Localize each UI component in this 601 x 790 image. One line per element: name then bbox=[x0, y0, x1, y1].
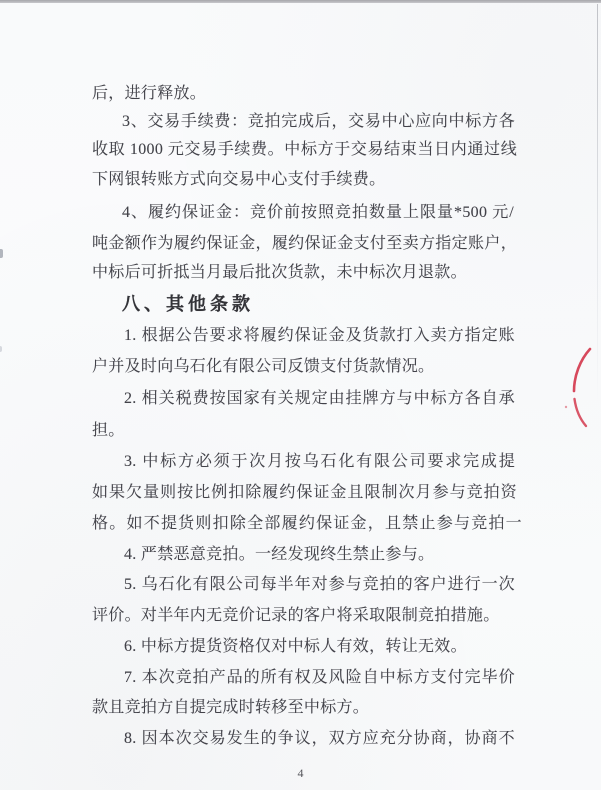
document-line: 8. 因本次交易发生的争议，双方应充分协商，协商不成 bbox=[124, 727, 515, 751]
scan-edge-artifact-right bbox=[597, 4, 598, 404]
document-line: 7. 本次竞拍产品的所有权及风险自中标方支付完毕价 bbox=[124, 666, 515, 690]
document-line: 收取 1000 元交易手续费。中标方于交易结束当日内通过线 bbox=[92, 138, 517, 162]
document-line: 6. 中标方提货资格仅对中标人有效，转让无效。 bbox=[124, 635, 467, 659]
document-line: 4. 严禁恶意竞拍。一经发现终生禁止参与。 bbox=[124, 543, 434, 567]
page-number: 4 bbox=[0, 766, 601, 781]
document-line: 如果欠量则按比例扣除履约保证金且限制次月参与竞拍资 bbox=[92, 481, 517, 505]
document-line: 2. 相关税费按国家有关规定由挂牌方与中标方各自承 bbox=[124, 387, 515, 411]
document-line: 款且竞拍方自提完成时转移至中标方。 bbox=[92, 696, 369, 720]
document-line: 后，进行释放。 bbox=[92, 82, 206, 106]
scan-speck bbox=[0, 249, 3, 258]
document-line: 5. 乌石化有限公司每半年对参与竞拍的客户进行一次 bbox=[124, 573, 515, 597]
document-line: 1. 根据公告要求将履约保证金及货款打入卖方指定账 bbox=[124, 324, 515, 348]
document-line: 下网银转账方式向交易中心支付手续费。 bbox=[92, 168, 385, 192]
document-line: 户并及时向乌石化有限公司反馈支付货款情况。 bbox=[92, 355, 434, 379]
document-line: 4、履约保证金：竞价前按照竞拍数量上限量*500 元/ bbox=[122, 201, 514, 225]
section-heading: 八、其他条款 bbox=[122, 292, 254, 316]
scan-speck bbox=[0, 346, 2, 352]
document-line: 评价。对半年内无竞价记录的客户将采取限制竞拍措施。 bbox=[92, 604, 500, 628]
document-line: 中标后可折抵当月最后批次货款，未中标次月退款。 bbox=[92, 261, 467, 285]
document-line: 3. 中标方必须于次月按乌石化有限公司要求完成提货， bbox=[124, 450, 515, 474]
document-line: 格。如不提货则扣除全部履约保证金，且禁止参与竞拍一年。 bbox=[92, 512, 522, 536]
scanned-document-page: 后，进行释放。 3、交易手续费：竞拍完成后，交易中心应向中标方各 收取 1000… bbox=[0, 0, 601, 790]
scan-edge-artifact-top bbox=[0, 0, 601, 3]
document-line: 吨金额作为履约保证金，履约保证金支付至卖方指定账户， bbox=[92, 232, 517, 256]
document-line: 3、交易手续费：竞拍完成后，交易中心应向中标方各 bbox=[122, 110, 515, 134]
document-line: 担。 bbox=[92, 419, 125, 443]
